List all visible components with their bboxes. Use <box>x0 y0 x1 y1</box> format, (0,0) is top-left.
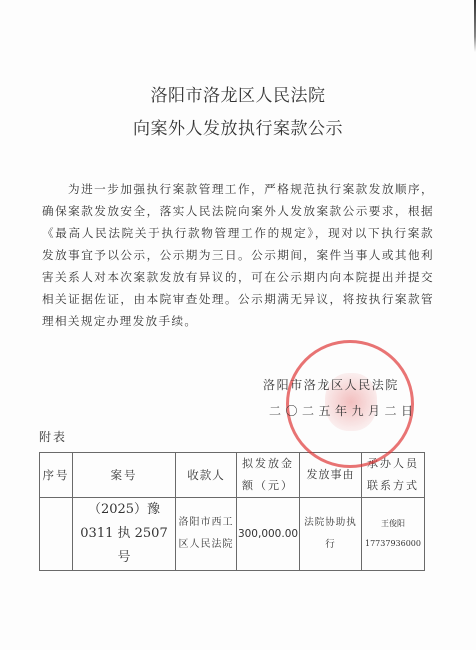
case-no-line2: 0311 执 2507 号 <box>73 522 175 570</box>
header-contact-line2: 联系方式 <box>362 475 424 497</box>
cell-seq <box>40 498 73 571</box>
signature-organization: 洛阳市洛龙区人民法院 <box>263 376 399 393</box>
contact-name: 王俊阳 <box>362 514 424 534</box>
cell-amount: 300,000.00 <box>237 498 300 571</box>
cell-payee: 洛阳市西工 区人民法院 <box>176 498 237 571</box>
annex-label: 附表 <box>39 428 67 445</box>
document-title-court: 洛阳市洛龙区人民法院 <box>0 81 476 106</box>
signature-date: 二〇二五年九月二日 <box>269 402 418 419</box>
disbursement-table: 序号 案号 收款人 拟发放金 额（元） 发放事由 承办人员 联系方式 （2025… <box>39 452 425 571</box>
contact-phone: 17737936000 <box>362 534 424 554</box>
header-seq: 序号 <box>40 453 73 498</box>
header-amount-line1: 拟发放金 <box>237 453 299 475</box>
header-payee: 收款人 <box>176 453 237 498</box>
payee-line2: 区人民法院 <box>176 534 236 556</box>
cell-contact: 王俊阳 17737936000 <box>362 498 425 571</box>
header-amount-line2: 额（元） <box>237 475 299 497</box>
header-amount: 拟发放金 额（元） <box>237 453 300 498</box>
notice-body-paragraph: 为进一步加强执行案款管理工作，严格规范执行案款发放顺序，确保案款发放安全，落实人… <box>42 178 434 332</box>
reason-line1: 法院协助执 <box>300 512 361 534</box>
header-case-no: 案号 <box>73 453 176 498</box>
document-title-notice: 向案外人发放执行案款公示 <box>0 114 476 139</box>
case-no-line1: （2025）豫 <box>73 498 175 522</box>
payee-line1: 洛阳市西工 <box>176 512 236 534</box>
table-row: （2025）豫 0311 执 2507 号 洛阳市西工 区人民法院 300,00… <box>40 498 425 571</box>
reason-line2: 行 <box>300 534 361 556</box>
cell-case-no: （2025）豫 0311 执 2507 号 <box>73 498 176 571</box>
cell-reason: 法院协助执 行 <box>300 498 362 571</box>
